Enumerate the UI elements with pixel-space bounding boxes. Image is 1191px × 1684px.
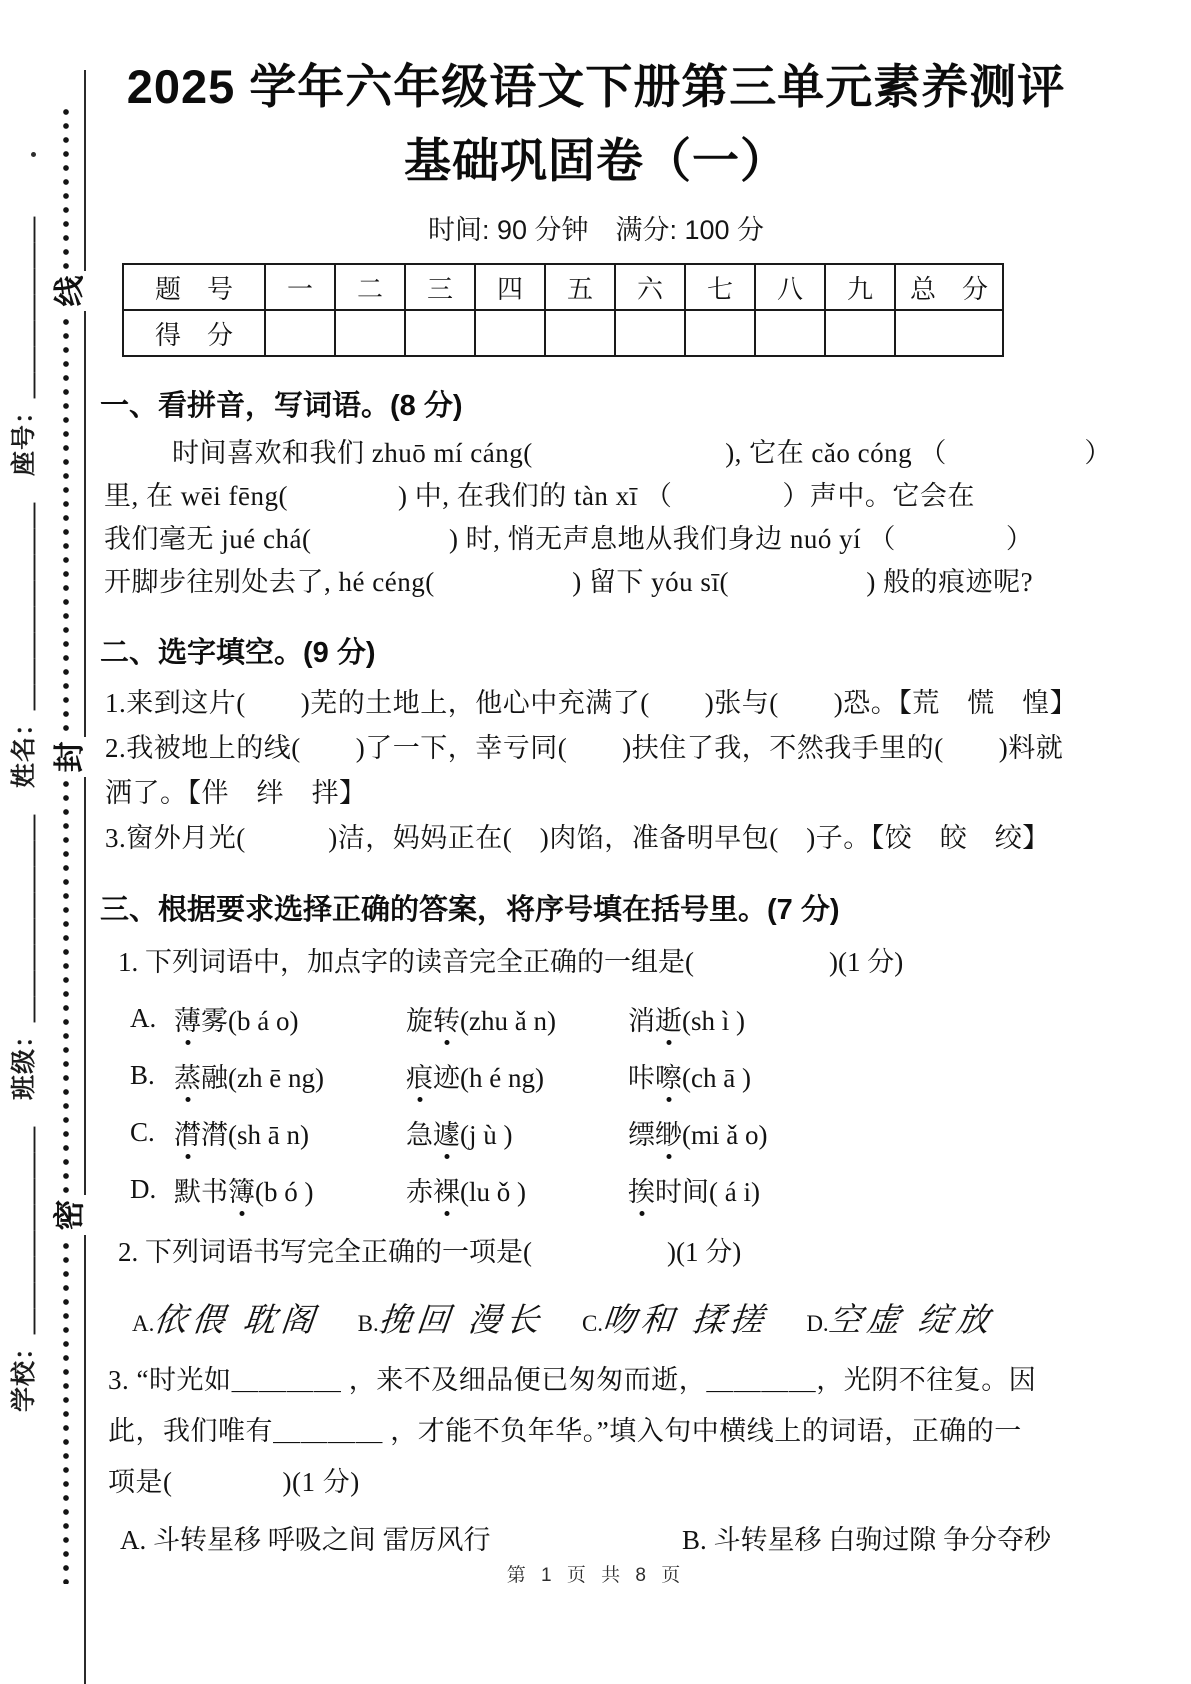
question3: 3. “时光如＿＿＿＿ ，来不及细品便已匆匆而逝，＿＿＿＿，光阴不往复。因 此，…: [108, 1355, 1092, 1508]
score-table: 题 号 一 二 三 四 五 六 七 八 九 总 分 得 分: [122, 263, 1004, 357]
word-item: 咔嚓(ch ā ): [628, 1056, 751, 1095]
option-row-b: B. 蒸融(zh ē ng) 痕迹(h é ng) 咔嚓(ch ā ): [130, 1047, 1092, 1104]
word-item: 赤裸(lu ǒ ): [406, 1170, 628, 1209]
dotted-char: 痕: [406, 1056, 433, 1095]
dotted-char: 遽: [433, 1113, 460, 1152]
dotted-char: 薄: [174, 999, 201, 1038]
score-header-total: 总 分: [895, 264, 1003, 310]
score-cell: [615, 310, 685, 356]
score-header-5: 五: [545, 264, 615, 310]
word-item: 急遽(j ù ): [406, 1113, 628, 1152]
option-row-d: D. 默书簿(b ó ) 赤裸(lu ǒ ) 挨时间( á i): [130, 1161, 1092, 1218]
passage-line: 我们毫无 jué chá( ) 时, 悄无声息地从我们身边 nuó yí （ ）: [104, 518, 1092, 561]
exam-title-line1: 2025 学年六年级语文下册第三单元素养测评: [100, 56, 1092, 118]
seal-char-xian: 线: [37, 271, 95, 311]
score-header-3: 三: [405, 264, 475, 310]
word-item: 潸潸(sh ā n): [174, 1113, 406, 1152]
question1-options: A. 薄雾(b á o) 旋转(zhu ǎ n) 消逝(sh ì ) B. 蒸融…: [130, 990, 1092, 1218]
score-cell: [825, 310, 895, 356]
dotted-char: 潸: [174, 1113, 201, 1152]
section2-heading: 二、选字填空。(9 分): [100, 630, 1092, 671]
dotted-char: 缈: [655, 1113, 682, 1152]
word-item: 旋转(zhu ǎ n): [406, 999, 628, 1038]
score-cell-total: [895, 310, 1003, 356]
seal-char-feng: 封: [37, 737, 95, 777]
dotted-char: 裸: [433, 1170, 460, 1209]
question3-line: 此，我们唯有＿＿＿＿ ，才能不负年华。”填入句中横线上的词语，正确的一: [108, 1406, 1092, 1457]
score-table-header-row: 题 号 一 二 三 四 五 六 七 八 九 总 分: [123, 264, 1003, 310]
word-item: 挨时间( á i): [628, 1170, 760, 1209]
handwritten-option-c: C.吻和 揉搓: [582, 1294, 768, 1341]
score-header-9: 九: [825, 264, 895, 310]
option-row-a: A. 薄雾(b á o) 旋转(zhu ǎ n) 消逝(sh ì ): [130, 990, 1092, 1047]
exam-paper-page: 学校：＿＿＿＿＿＿＿＿ 班级：＿＿＿＿＿＿＿＿ 姓名：＿＿＿＿＿＿＿＿ 座号：＿…: [0, 0, 1191, 1684]
question1-stem: 1. 下列词语中，加点字的读音完全正确的一组是( )(1 分): [118, 940, 1092, 984]
section2-items: 1.来到这片( )芜的土地上，他心中充满了( )张与( )恐。【荒 慌 惶】 2…: [105, 681, 1092, 861]
score-cell: [335, 310, 405, 356]
score-header-question-no: 题 号: [123, 264, 265, 310]
word-item: 消逝(sh ì ): [628, 999, 745, 1038]
word-item: 默书簿(b ó ): [174, 1170, 406, 1209]
handwritten-option-a: A.依偎 耽阁: [132, 1294, 320, 1341]
score-header-4: 四: [475, 264, 545, 310]
handwritten-option-b: B.挽回 漫长: [358, 1294, 544, 1341]
dotted-char: 转: [433, 999, 460, 1038]
question3-option-b: B. 斗转星移 白驹过隙 争分夺秒: [682, 1518, 1051, 1557]
fill-item: 3.窗外月光( )洁，妈妈正在( )肉馅，准备明早包( )子。【饺 皎 绞】: [105, 816, 1092, 861]
dotted-char: 簿: [228, 1170, 255, 1209]
question2-stem: 2. 下列词语书写完全正确的一项是( )(1 分): [118, 1230, 1092, 1274]
score-cell: [265, 310, 335, 356]
word-item: 薄雾(b á o): [174, 999, 406, 1038]
exam-title-line2: 基础巩固卷（一）: [100, 130, 1092, 192]
score-header-1: 一: [265, 264, 335, 310]
option-label: C.: [130, 1117, 174, 1148]
option-label: D.: [130, 1174, 174, 1205]
exam-content: 2025 学年六年级语文下册第三单元素养测评 基础巩固卷（一） 时间: 90 分…: [100, 56, 1092, 1557]
option-label: A.: [130, 1003, 174, 1034]
passage-line: 里, 在 wēi fēng( ) 中, 在我们的 tàn xī （ ）声中。它会…: [104, 475, 1092, 518]
fill-item: 1.来到这片( )芜的土地上，他心中充满了( )张与( )恐。【荒 慌 惶】: [105, 681, 1092, 726]
question3-line: 项是( )(1 分): [108, 1457, 1092, 1508]
word-item: 缥缈(mi ǎ o): [628, 1113, 767, 1152]
word-item: 痕迹(h é ng): [406, 1056, 628, 1095]
margin-solid-line: [84, 70, 86, 1684]
score-cell: [755, 310, 825, 356]
score-row-label: 得 分: [123, 310, 265, 356]
score-cell: [405, 310, 475, 356]
dotted-char: 逝: [655, 999, 682, 1038]
score-header-2: 二: [335, 264, 405, 310]
question3-option-a: A. 斗转星移 呼吸之间 雷厉风行: [120, 1518, 682, 1557]
question2-options: A.依偎 耽阁 B.挽回 漫长 C.吻和 揉搓 D.空虚 绽放: [132, 1294, 1092, 1341]
page-footer: 第 1 页 共 8 页: [100, 1560, 1092, 1587]
score-cell: [685, 310, 755, 356]
option-label: B.: [130, 1060, 174, 1091]
score-header-6: 六: [615, 264, 685, 310]
handwritten-option-d: D.空虚 绽放: [806, 1294, 994, 1341]
passage-line: 开脚步往别处去了, hé céng( ) 留下 yóu sī( ) 般的痕迹呢?: [104, 561, 1092, 604]
seal-char-mi: 密: [37, 1195, 95, 1235]
score-cell: [475, 310, 545, 356]
dotted-char: 蒸: [174, 1056, 201, 1095]
score-cell: [545, 310, 615, 356]
score-table-score-row: 得 分: [123, 310, 1003, 356]
dotted-char: 嚓: [655, 1056, 682, 1095]
score-header-8: 八: [755, 264, 825, 310]
section3-heading: 三、根据要求选择正确的答案，将序号填在括号里。(7 分): [100, 887, 1092, 928]
exam-time-score-meta: 时间: 90 分钟 满分: 100 分: [100, 208, 1092, 247]
fill-item: 洒了。【伴 绊 拌】: [105, 771, 1092, 816]
passage-line: 时间喜欢和我们 zhuō mí cáng( ), 它在 cǎo cóng （ ）: [104, 432, 1092, 475]
dotted-char: 挨: [628, 1170, 655, 1209]
question3-line: 3. “时光如＿＿＿＿ ，来不及细品便已匆匆而逝，＿＿＿＿，光阴不往复。因: [108, 1355, 1092, 1406]
section1-heading: 一、看拼音，写词语。(8 分): [100, 383, 1092, 424]
word-item: 蒸融(zh ē ng): [174, 1056, 406, 1095]
question3-options: A. 斗转星移 呼吸之间 雷厉风行 B. 斗转星移 白驹过隙 争分夺秒: [120, 1518, 1092, 1557]
fill-item: 2.我被地上的线( )了一下，幸亏同( )扶住了我，不然我手里的( )料就: [105, 726, 1092, 771]
section1-passage: 时间喜欢和我们 zhuō mí cáng( ), 它在 cǎo cóng （ ）…: [104, 432, 1092, 604]
score-header-7: 七: [685, 264, 755, 310]
seal-dotted-line: [61, 106, 71, 1584]
option-row-c: C. 潸潸(sh ā n) 急遽(j ù ) 缥缈(mi ǎ o): [130, 1104, 1092, 1161]
